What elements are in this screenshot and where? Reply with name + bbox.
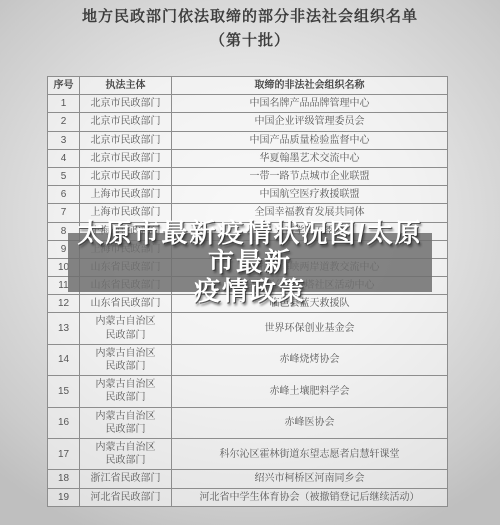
agency-cell: 北京市民政部门	[80, 149, 172, 167]
table-row: 3 北京市民政部门 中国产品质量检验监督中心	[48, 131, 448, 149]
serial-number-cell: 5	[48, 167, 80, 185]
organization-cell: 中国产品质量检验监督中心	[172, 131, 448, 149]
organization-cell: 一带一路节点城市企业联盟	[172, 167, 448, 185]
organization-cell: 绍兴市柯桥区河南同乡会	[172, 470, 448, 488]
agency-cell: 内蒙古自治区 民政部门	[80, 313, 172, 344]
table-row: 6 上海市民政部门 中国航空医疗救援联盟	[48, 186, 448, 204]
serial-number-cell: 13	[48, 313, 80, 344]
agency-cell: 北京市民政部门	[80, 113, 172, 131]
serial-number-cell: 18	[48, 470, 80, 488]
header-serial-number: 序号	[48, 77, 80, 95]
serial-number-cell: 4	[48, 149, 80, 167]
serial-number-cell: 14	[48, 344, 80, 375]
serial-number-cell: 12	[48, 295, 80, 313]
organization-cell: 赤峰医协会	[172, 407, 448, 438]
table-row: 19 河北省民政部门 河北省中学生体育协会（被撤销登记后继续活动）	[48, 488, 448, 506]
agency-cell: 内蒙古自治区 民政部门	[80, 438, 172, 469]
table-row: 5 北京市民政部门 一带一路节点城市企业联盟	[48, 167, 448, 185]
agency-cell: 山东省民政部门	[80, 295, 172, 313]
table-row: 17 内蒙古自治区 民政部门 科尔沁区霍林街道东望志愿者启慧轩课堂	[48, 438, 448, 469]
serial-number-cell: 6	[48, 186, 80, 204]
table-row: 14 内蒙古自治区 民政部门 赤峰烧烤协会	[48, 344, 448, 375]
serial-number-cell: 19	[48, 488, 80, 506]
table-header-row: 序号 执法主体 取缔的非法社会组织名称	[48, 77, 448, 95]
agency-cell: 北京市民政部门	[80, 131, 172, 149]
organization-cell: 世界环保创业基金会	[172, 313, 448, 344]
organization-cell: 华夏翰墨艺术交流中心	[172, 149, 448, 167]
organization-cell: 赤峰土壤肥料学会	[172, 376, 448, 407]
agency-cell: 北京市民政部门	[80, 95, 172, 113]
organization-cell: 赤峰烧烤协会	[172, 344, 448, 375]
watermark-line1: 太原市最新疫情状况图/太原市最新	[68, 219, 432, 277]
document-title: 地方民政部门依法取缔的部分非法社会组织名单 （第十批）	[0, 0, 500, 52]
organization-cell: 中国名牌产品品牌管理中心	[172, 95, 448, 113]
watermark-overlay: 太原市最新疫情状况图/太原市最新 疫情政策	[68, 233, 432, 292]
table-row: 4 北京市民政部门 华夏翰墨艺术交流中心	[48, 149, 448, 167]
serial-number-cell: 15	[48, 376, 80, 407]
document-title-line2: （第十批）	[0, 31, 500, 51]
agency-cell: 浙江省民政部门	[80, 470, 172, 488]
agency-cell: 河北省民政部门	[80, 488, 172, 506]
table-row: 13 内蒙古自治区 民政部门 世界环保创业基金会	[48, 313, 448, 344]
agency-cell: 内蒙古自治区 民政部门	[80, 344, 172, 375]
table-row: 1 北京市民政部门 中国名牌产品品牌管理中心	[48, 95, 448, 113]
organization-cell: 科尔沁区霍林街道东望志愿者启慧轩课堂	[172, 438, 448, 469]
document-title-line1: 地方民政部门依法取缔的部分非法社会组织名单	[0, 7, 500, 27]
agency-cell: 上海市民政部门	[80, 186, 172, 204]
organization-cell: 河北省中学生体育协会（被撤销登记后继续活动）	[172, 488, 448, 506]
serial-number-cell: 2	[48, 113, 80, 131]
agency-cell: 内蒙古自治区 民政部门	[80, 407, 172, 438]
header-organization-name: 取缔的非法社会组织名称	[172, 77, 448, 95]
watermark-line2: 疫情政策	[194, 277, 306, 306]
serial-number-cell: 16	[48, 407, 80, 438]
agency-cell: 北京市民政部门	[80, 167, 172, 185]
table-row: 18 浙江省民政部门 绍兴市柯桥区河南同乡会	[48, 470, 448, 488]
agency-cell: 内蒙古自治区 民政部门	[80, 376, 172, 407]
table-row: 2 北京市民政部门 中国企业评级管理委员会	[48, 113, 448, 131]
serial-number-cell: 17	[48, 438, 80, 469]
header-enforcement-agency: 执法主体	[80, 77, 172, 95]
organization-cell: 中国企业评级管理委员会	[172, 113, 448, 131]
table-row: 16 内蒙古自治区 民政部门 赤峰医协会	[48, 407, 448, 438]
serial-number-cell: 1	[48, 95, 80, 113]
table-row: 15 内蒙古自治区 民政部门 赤峰土壤肥料学会	[48, 376, 448, 407]
serial-number-cell: 3	[48, 131, 80, 149]
organization-cell: 中国航空医疗救援联盟	[172, 186, 448, 204]
